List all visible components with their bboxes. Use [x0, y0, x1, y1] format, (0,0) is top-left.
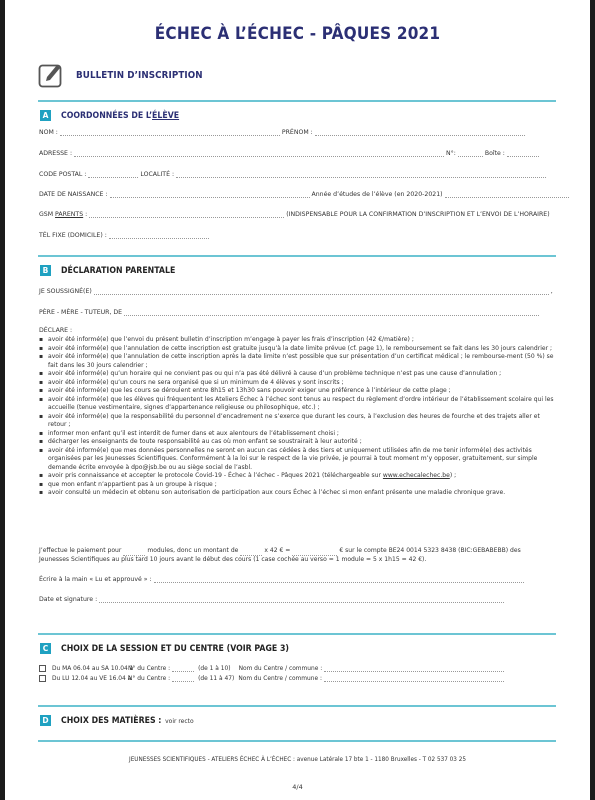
centre-number-field[interactable]	[172, 666, 194, 672]
localite-field[interactable]	[176, 172, 546, 178]
section-divider	[38, 255, 556, 257]
modules-multiplier-field[interactable]	[240, 550, 262, 556]
code-postal-field[interactable]	[88, 172, 138, 178]
session-checkbox[interactable]	[39, 665, 46, 672]
section-title: COORDONNÉES DE L’ÉLÈVE	[61, 111, 179, 121]
section-title: CHOIX DE LA SESSION ET DU CENTRE (VOIR P…	[61, 644, 289, 654]
row-parent-de: PÈRE - MÈRE - TUTEUR, DE	[39, 309, 541, 316]
soussigne-field[interactable]	[94, 289, 549, 295]
declaration-list: avoir été informé(e) que l’envoi du prés…	[39, 336, 559, 498]
modules-count-field[interactable]	[123, 550, 145, 556]
list-item: avoir été informé(e) que les cours se dé…	[39, 387, 559, 396]
centre-number-field[interactable]	[172, 676, 194, 682]
section-a-header: A COORDONNÉES DE L’ÉLÈVE	[40, 110, 189, 121]
list-item: avoir été informé(e) que l’annulation de…	[39, 353, 559, 370]
page-number: 4/4	[5, 783, 590, 791]
row-soussigne: JE SOUSSIGNÉ(E) ,	[39, 288, 553, 295]
list-item: avoir été informé(e) que les élèves qui …	[39, 396, 559, 413]
section-badge: D	[40, 715, 51, 726]
lu-approuve-field[interactable]	[154, 577, 524, 583]
prenom-field[interactable]	[315, 130, 525, 136]
centre-name-field[interactable]	[324, 666, 504, 672]
covid-protocol-link[interactable]: www.echecalechec.be	[383, 472, 450, 479]
declare-label: DÉCLARE :	[39, 327, 72, 334]
boite-field[interactable]	[507, 151, 539, 157]
page-title: ÉCHEC À L’ÉCHEC - PÂQUES 2021	[5, 24, 590, 44]
list-item: avoir consulté un médecin et obtenu son …	[39, 489, 559, 498]
row-nom: NOM : PRÉNOM :	[39, 129, 527, 136]
date-signature-field[interactable]	[99, 597, 504, 603]
numero-field[interactable]	[458, 151, 483, 157]
list-item: avoir été informé(e) que mes données per…	[39, 447, 559, 473]
row-code-postal: CODE POSTAL : LOCALITÉ :	[39, 171, 548, 178]
row-lu-approuve: Écrire à la main « Lu et approuvé » :	[39, 576, 526, 583]
centre-name-field[interactable]	[324, 676, 504, 682]
list-item: avoir été informé(e) qu’un cours ne sera…	[39, 379, 559, 388]
nom-field[interactable]	[60, 130, 280, 136]
list-item: avoir été informé(e) que l’annulation de…	[39, 345, 559, 354]
annee-etudes-field[interactable]	[445, 192, 569, 198]
section-title: DÉCLARATION PARENTALE	[61, 266, 175, 276]
session-row: Du MA 06.04 au SA 10.04 à N° du Centre :…	[39, 665, 506, 672]
tel-fixe-field[interactable]	[109, 233, 209, 239]
section-divider	[38, 705, 556, 707]
list-item: que mon enfant n’appartient pas à un gro…	[39, 481, 559, 490]
montant-field[interactable]	[292, 550, 337, 556]
section-d-header: D CHOIX DES MATIÈRES :voir recto	[40, 715, 205, 726]
list-item: avoir été informé(e) que la responsabili…	[39, 413, 559, 430]
row-adresse: ADRESSE : N°: Boîte :	[39, 150, 541, 157]
date-naissance-field[interactable]	[110, 192, 310, 198]
gsm-parents-field[interactable]	[89, 212, 284, 218]
section-divider	[38, 100, 556, 102]
section-b-header: B DÉCLARATION PARENTALE	[40, 265, 185, 276]
bulletin-label: BULLETIN D’INSCRIPTION	[76, 70, 203, 81]
section-badge: A	[40, 110, 51, 121]
list-item: avoir été informé(e) qu’un horaire qui n…	[39, 370, 559, 379]
enfant-field[interactable]	[124, 310, 539, 316]
session-row: Du LU 12.04 au VE 16.04 à N° du Centre :…	[39, 675, 506, 682]
section-divider	[38, 740, 556, 742]
payment-paragraph: J’effectue le paiement pour modules, don…	[39, 547, 559, 564]
section-badge: B	[40, 265, 51, 276]
section-badge: C	[40, 643, 51, 654]
bulletin-header: BULLETIN D’INSCRIPTION	[38, 62, 214, 88]
footer-address: JEUNESSES SCIENTIFIQUES - ATELIERS ÉCHEC…	[20, 756, 576, 763]
row-tel-fixe: TÉL FIXE (DOMICILE) :	[39, 232, 211, 239]
session-checkbox[interactable]	[39, 675, 46, 682]
list-item: avoir été informé(e) que l’envoi du prés…	[39, 336, 559, 345]
list-item: décharger les enseignants de toute respo…	[39, 438, 559, 447]
section-divider	[38, 633, 556, 635]
section-title: CHOIX DES MATIÈRES :voir recto	[61, 716, 194, 726]
adresse-field[interactable]	[74, 151, 444, 157]
section-c-header: C CHOIX DE LA SESSION ET DU CENTRE (VOIR…	[40, 643, 309, 654]
form-page: ÉCHEC À L’ÉCHEC - PÂQUES 2021 BULLETIN D…	[5, 0, 590, 800]
row-gsm: GSM PARENTS : (INDISPENSABLE POUR LA CON…	[39, 211, 550, 218]
edit-pencil-icon	[38, 62, 64, 88]
row-date-signature: Date et signature :	[39, 596, 506, 603]
list-item: avoir pris connaissance et accepter le p…	[39, 472, 559, 481]
row-date-naissance: DATE DE NAISSANCE : Année d’études de l’…	[39, 191, 571, 198]
list-item: informer mon enfant qu’il est interdit d…	[39, 430, 559, 439]
